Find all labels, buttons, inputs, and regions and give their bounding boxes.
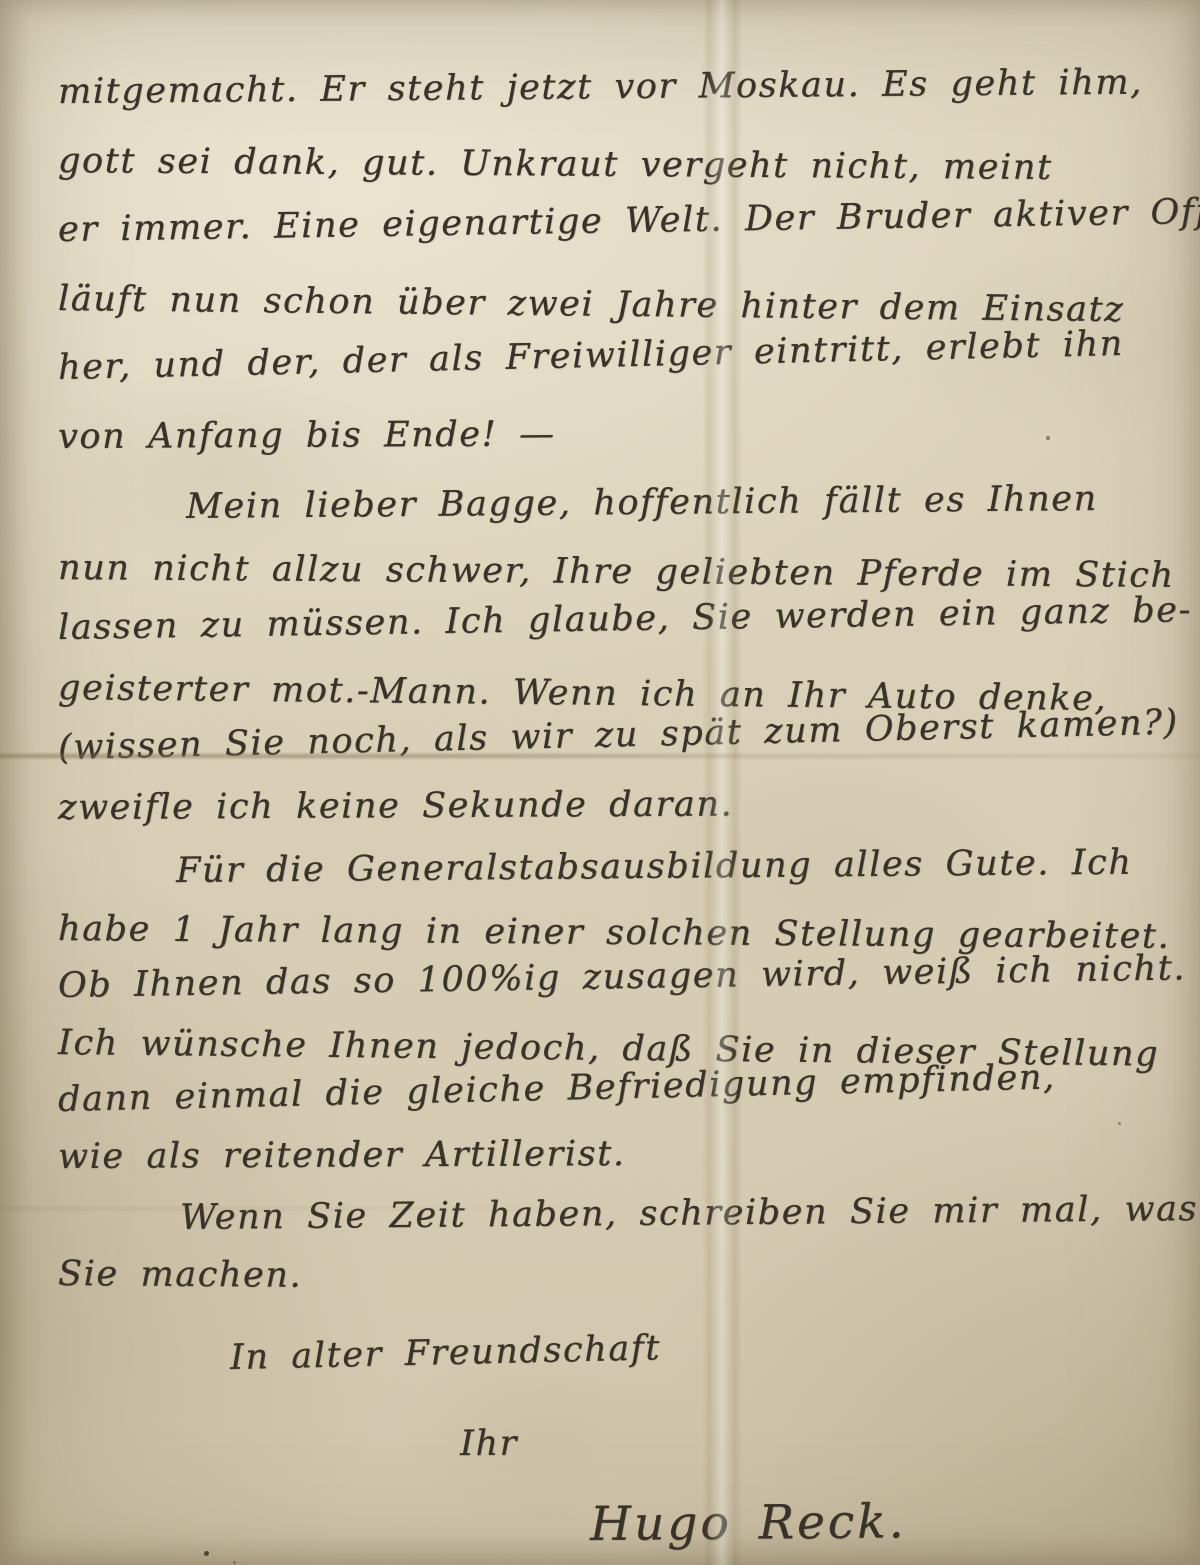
letter-paragraph: mitgemacht. Er steht jetzt vor Moskau. E… (58, 58, 1170, 472)
closing-line: In alter Freundschaft (229, 1307, 1170, 1388)
signature: Hugo Reck. (590, 1475, 1171, 1565)
handwritten-line: Für die Generalstabsausbildung alles Gut… (58, 834, 1170, 901)
handwritten-line: Sie machen. (58, 1247, 1170, 1310)
letter-scan: mitgemacht. Er steht jetzt vor Moskau. E… (0, 0, 1200, 1565)
letter-paragraph: Für die Generalstabsausbildung alles Gut… (58, 844, 1170, 1186)
handwritten-line: von Anfang bis Ende! — (58, 397, 1170, 472)
letter-paragraph: Mein lieber Bagge, hoffentlich fällt es … (58, 478, 1170, 838)
letter-paragraph: Wenn Sie Zeit haben, schreiben Sie mir m… (58, 1192, 1170, 1302)
handwritten-line: zweifle ich keine Sekunde daran. (58, 772, 1170, 838)
handwritten-line: Mein lieber Bagge, hoffentlich fällt es … (58, 468, 1170, 538)
letter-body: mitgemacht. Er steht jetzt vor Moskau. E… (58, 58, 1170, 1565)
handwritten-line: mitgemacht. Er steht jetzt vor Moskau. E… (58, 48, 1171, 127)
handwritten-line: wie als reitender Artillerist. (58, 1123, 1170, 1186)
handwritten-line: Wenn Sie Zeit haben, schreiben Sie mir m… (58, 1182, 1170, 1247)
valediction-line: Ihr (460, 1410, 1170, 1474)
